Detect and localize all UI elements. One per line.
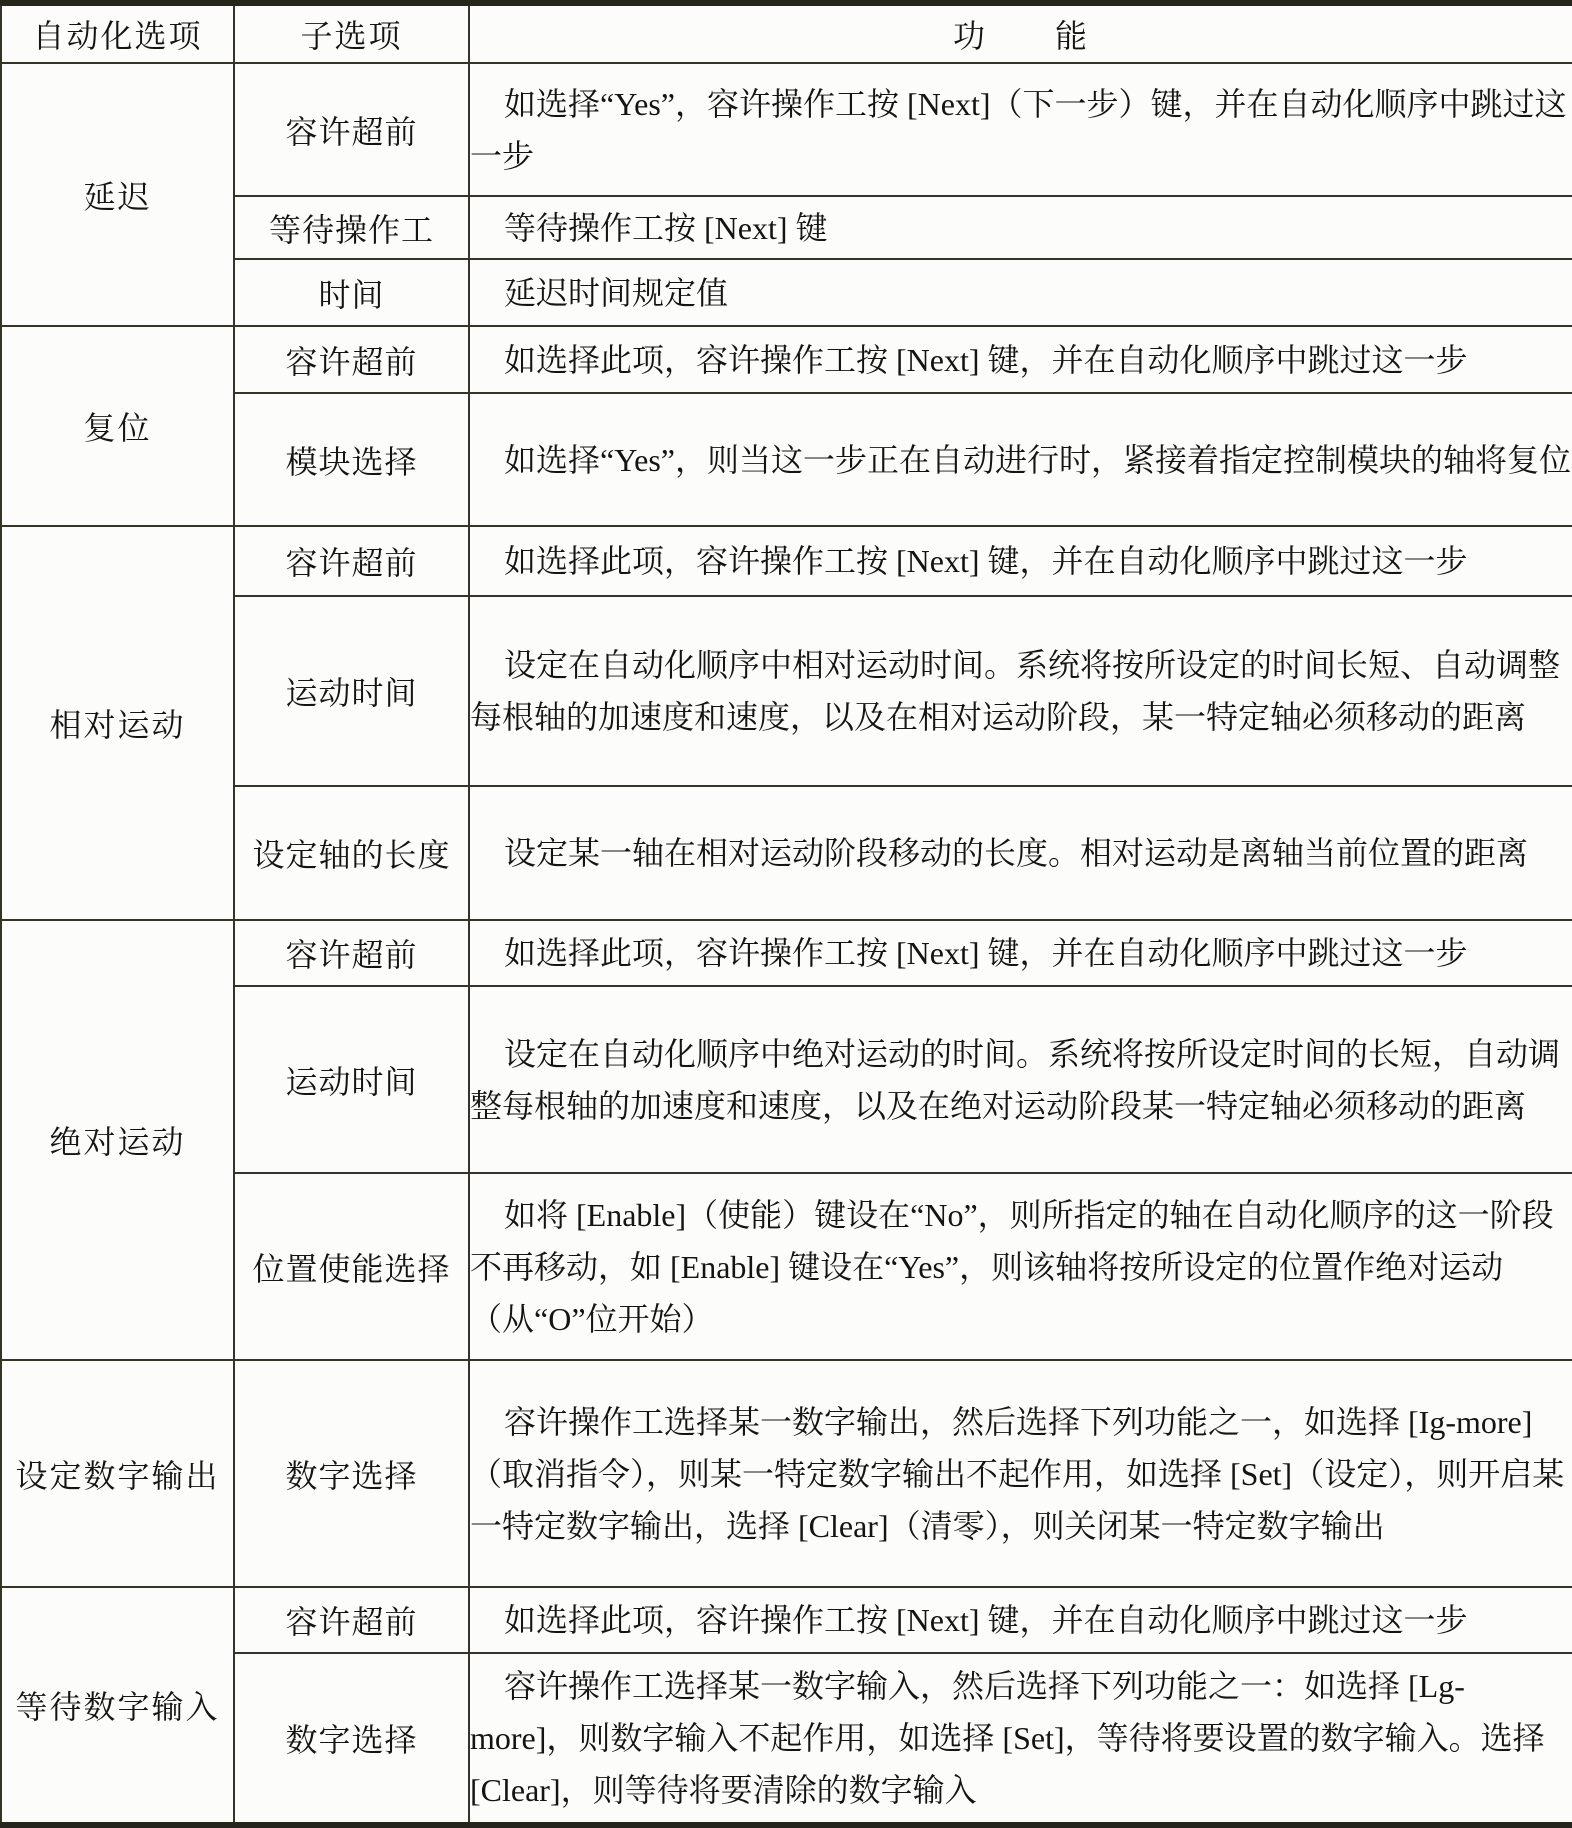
sub-option-cell: 容许超前 — [234, 526, 469, 596]
sub-option-cell: 运动时间 — [234, 596, 469, 786]
table-row: 位置使能选择 如将 [Enable]（使能）键设在“No”，则所指定的轴在自动化… — [1, 1173, 1572, 1360]
function-cell: 延迟时间规定值 — [469, 259, 1572, 326]
function-cell: 容许操作工选择某一数字输出，然后选择下列功能之一，如选择 [Ig-more]（取… — [469, 1360, 1572, 1587]
table-row: 设定数字输出 数字选择 容许操作工选择某一数字输出，然后选择下列功能之一，如选择… — [1, 1360, 1572, 1587]
table-row: 等待操作工 等待操作工按 [Next] 键 — [1, 196, 1572, 259]
option-cell-wait-digital-input: 等待数字输入 — [1, 1587, 234, 1825]
sub-option-cell: 容许超前 — [234, 920, 469, 986]
table-row: 运动时间 设定在自动化顺序中绝对运动的时间。系统将按所设定时间的长短，自动调整每… — [1, 986, 1572, 1173]
sub-option-cell: 数字选择 — [234, 1360, 469, 1587]
table-row: 相对运动 容许超前 如选择此项，容许操作工按 [Next] 键，并在自动化顺序中… — [1, 526, 1572, 596]
sub-option-cell: 数字选择 — [234, 1653, 469, 1825]
option-cell-relative-motion: 相对运动 — [1, 526, 234, 920]
option-cell-delay: 延迟 — [1, 63, 234, 326]
function-cell: 容许操作工选择某一数字输入，然后选择下列功能之一：如选择 [Lg-more]，则… — [469, 1653, 1572, 1825]
sub-option-cell: 运动时间 — [234, 986, 469, 1173]
sub-option-cell: 容许超前 — [234, 326, 469, 393]
sub-option-cell: 模块选择 — [234, 393, 469, 526]
function-cell: 如选择此项，容许操作工按 [Next] 键，并在自动化顺序中跳过这一步 — [469, 920, 1572, 986]
header-row: 自动化选项 子选项 功 能 — [1, 3, 1572, 63]
table-row: 复位 容许超前 如选择此项，容许操作工按 [Next] 键，并在自动化顺序中跳过… — [1, 326, 1572, 393]
sub-option-cell: 设定轴的长度 — [234, 786, 469, 920]
function-cell: 如选择此项，容许操作工按 [Next] 键，并在自动化顺序中跳过这一步 — [469, 326, 1572, 393]
function-cell: 设定在自动化顺序中绝对运动的时间。系统将按所设定时间的长短，自动调整每根轴的加速… — [469, 986, 1572, 1173]
sub-option-cell: 时间 — [234, 259, 469, 326]
option-cell-set-digital-output: 设定数字输出 — [1, 1360, 234, 1587]
option-cell-absolute-motion: 绝对运动 — [1, 920, 234, 1360]
sub-option-cell: 等待操作工 — [234, 196, 469, 259]
function-cell: 如选择此项，容许操作工按 [Next] 键，并在自动化顺序中跳过这一步 — [469, 1587, 1572, 1653]
option-cell-reset: 复位 — [1, 326, 234, 526]
sub-option-cell: 容许超前 — [234, 1587, 469, 1653]
function-cell: 如将 [Enable]（使能）键设在“No”，则所指定的轴在自动化顺序的这一阶段… — [469, 1173, 1572, 1360]
function-cell: 如选择“Yes”，容许操作工按 [Next]（下一步）键，并在自动化顺序中跳过这… — [469, 63, 1572, 196]
header-sub-option: 子选项 — [234, 3, 469, 63]
sub-option-cell: 容许超前 — [234, 63, 469, 196]
table-row: 数字选择 容许操作工选择某一数字输入，然后选择下列功能之一：如选择 [Lg-mo… — [1, 1653, 1572, 1825]
function-cell: 如选择“Yes”，则当这一步正在自动进行时，紧接着指定控制模块的轴将复位 — [469, 393, 1572, 526]
table-row: 设定轴的长度 设定某一轴在相对运动阶段移动的长度。相对运动是离轴当前位置的距离 — [1, 786, 1572, 920]
table-row: 运动时间 设定在自动化顺序中相对运动时间。系统将按所设定的时间长短、自动调整每根… — [1, 596, 1572, 786]
header-option: 自动化选项 — [1, 3, 234, 63]
table-row: 等待数字输入 容许超前 如选择此项，容许操作工按 [Next] 键，并在自动化顺… — [1, 1587, 1572, 1653]
document-page: 自动化选项 子选项 功 能 延迟 容许超前 如选择“Yes”，容许操作工按 [N… — [0, 0, 1572, 1821]
table-row: 绝对运动 容许超前 如选择此项，容许操作工按 [Next] 键，并在自动化顺序中… — [1, 920, 1572, 986]
function-cell: 设定在自动化顺序中相对运动时间。系统将按所设定的时间长短、自动调整每根轴的加速度… — [469, 596, 1572, 786]
function-cell: 等待操作工按 [Next] 键 — [469, 196, 1572, 259]
automation-options-table: 自动化选项 子选项 功 能 延迟 容许超前 如选择“Yes”，容许操作工按 [N… — [0, 0, 1572, 1828]
function-cell: 如选择此项，容许操作工按 [Next] 键，并在自动化顺序中跳过这一步 — [469, 526, 1572, 596]
table-row: 模块选择 如选择“Yes”，则当这一步正在自动进行时，紧接着指定控制模块的轴将复… — [1, 393, 1572, 526]
table-row: 时间 延迟时间规定值 — [1, 259, 1572, 326]
function-cell: 设定某一轴在相对运动阶段移动的长度。相对运动是离轴当前位置的距离 — [469, 786, 1572, 920]
sub-option-cell: 位置使能选择 — [234, 1173, 469, 1360]
header-function: 功 能 — [469, 3, 1572, 63]
table-row: 延迟 容许超前 如选择“Yes”，容许操作工按 [Next]（下一步）键，并在自… — [1, 63, 1572, 196]
